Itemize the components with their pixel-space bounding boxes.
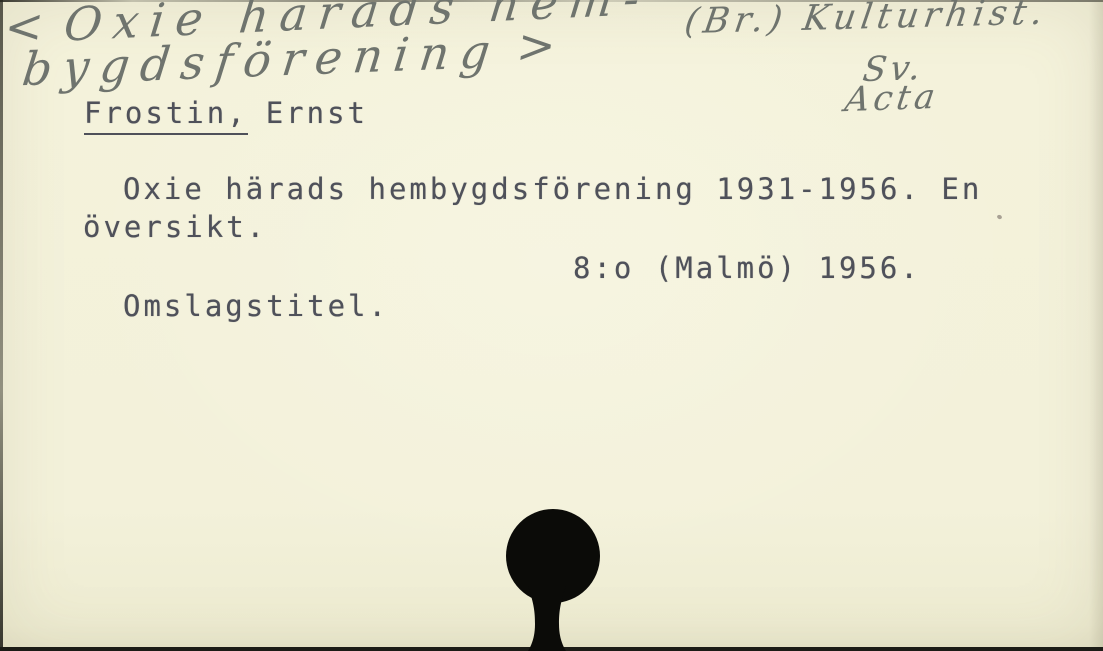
punch-hole [478,506,630,651]
author-surname: Frostin, [84,96,248,135]
title-line1: Oxie härads hembygdsförening 1931-1956. … [123,172,982,206]
note-line: Omslagstitel. [123,289,389,323]
card-right-edge [1089,0,1103,651]
imprint-line: 8:o (Malmö) 1956. [573,251,921,285]
catalog-card: <Oxie härads hem- bygdsförening> (Br.) K… [0,0,1103,651]
author-given-name: Ernst [266,96,368,130]
close-angle-bracket: > [514,17,570,73]
author-line: Frostin,Ernst [84,96,368,130]
classification-line3: Acta [842,77,941,120]
card-left-edge [0,0,3,651]
title-line2: översikt. [83,210,267,244]
classification-line1: (Br.) Kulturhist. [682,0,1050,42]
ink-speck [996,214,1002,220]
